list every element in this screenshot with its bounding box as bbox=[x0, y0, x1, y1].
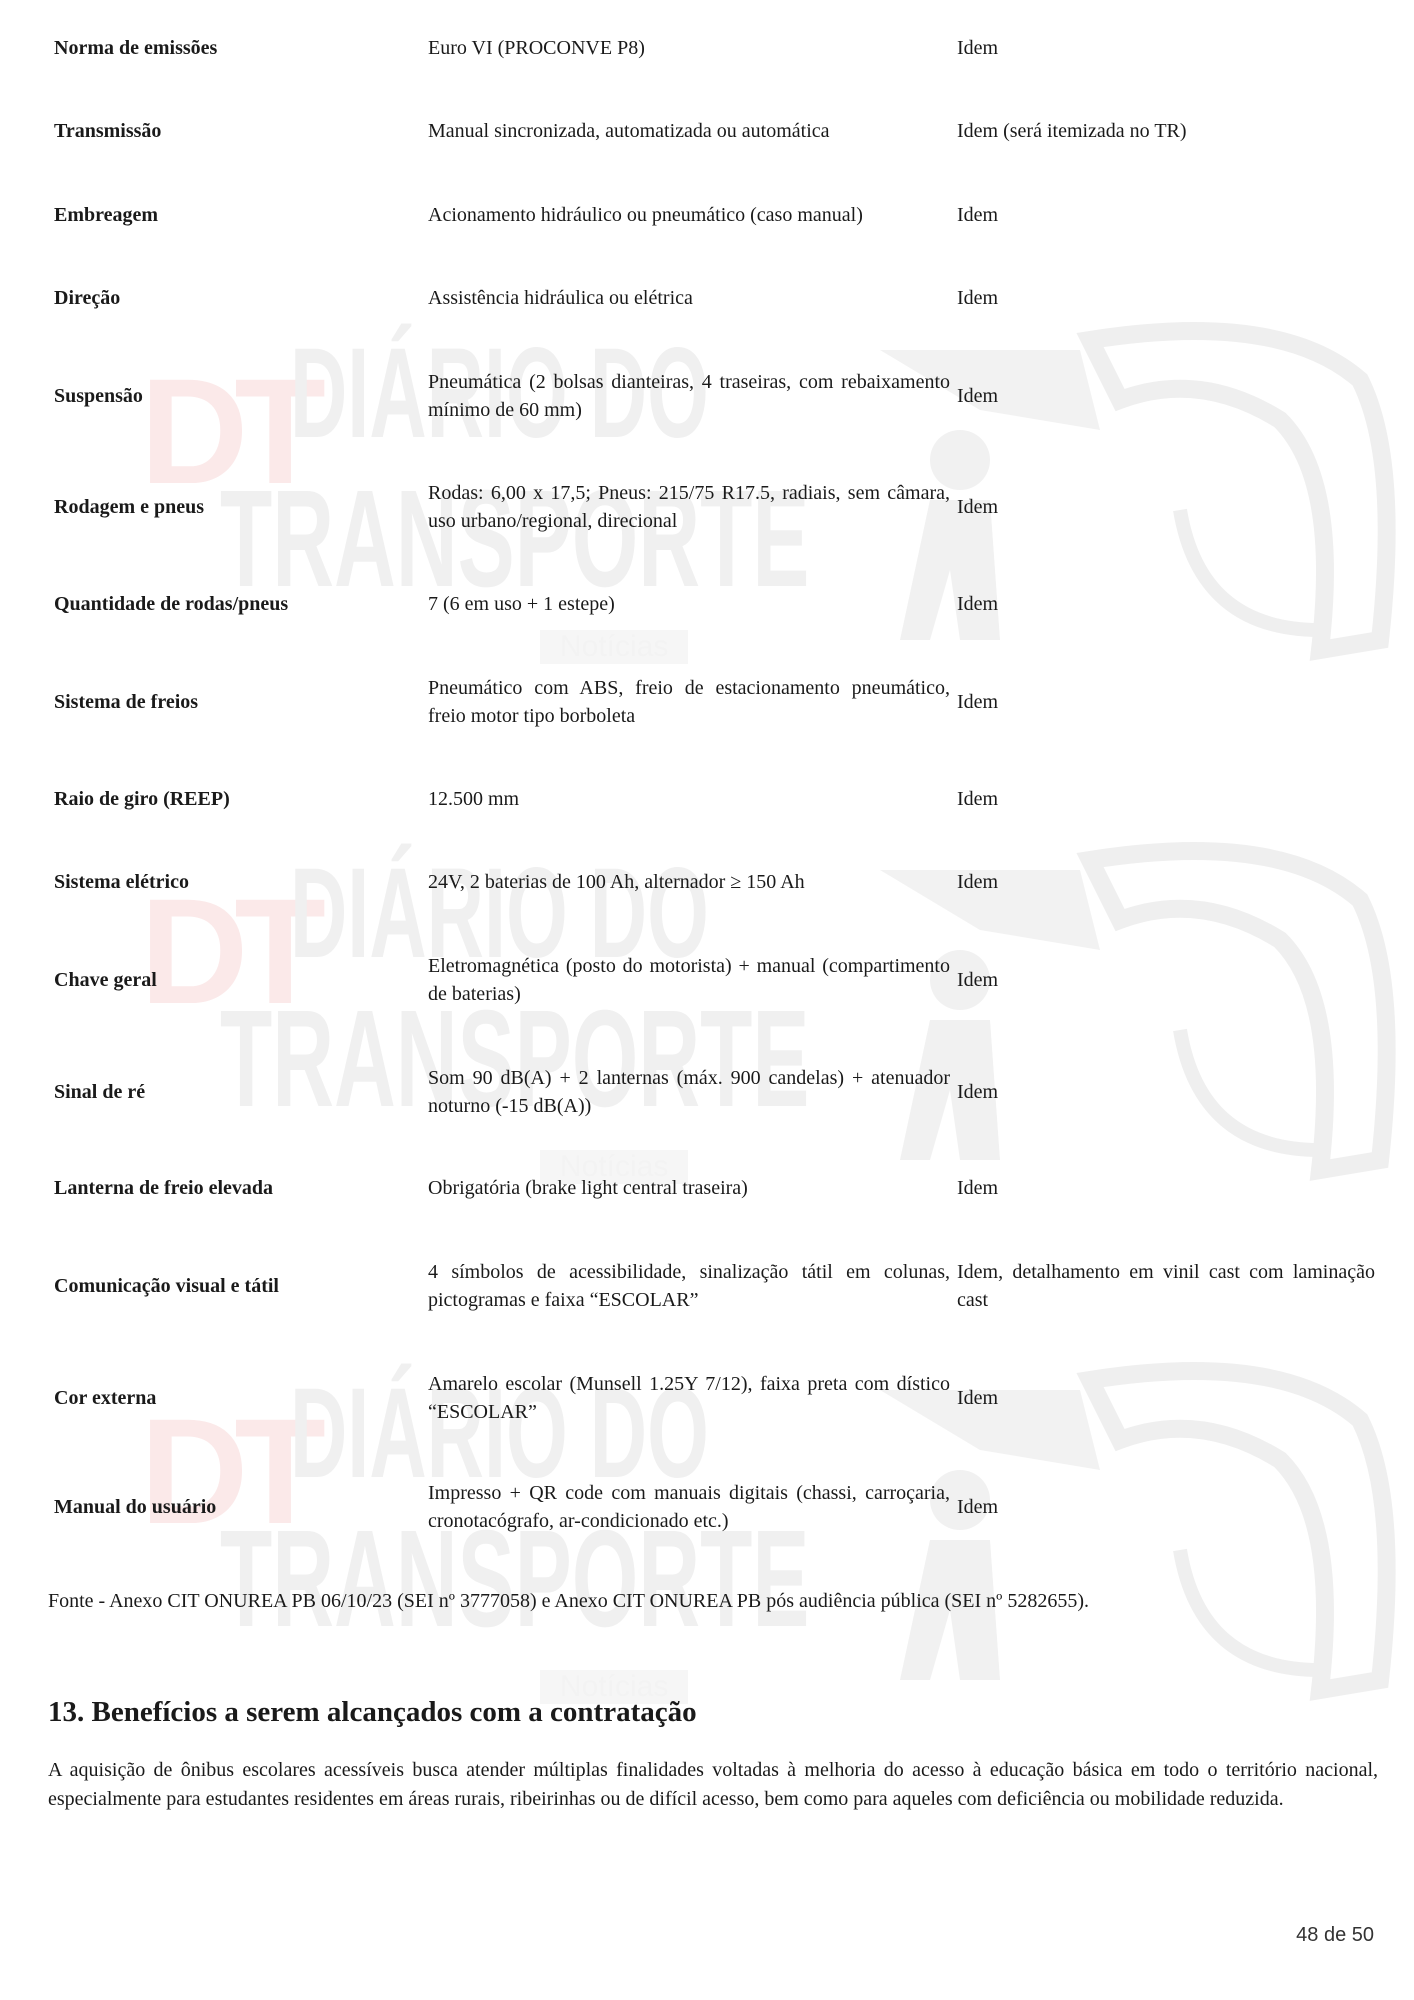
row-item: Sistema de freios bbox=[54, 688, 198, 716]
row-post-hearing: Idem bbox=[957, 868, 1375, 896]
row-spec: Acionamento hidráulico ou pneumático (ca… bbox=[428, 201, 950, 229]
row-item: Rodagem e pneus bbox=[54, 493, 204, 521]
row-post-hearing: Idem bbox=[957, 284, 1375, 312]
row-post-hearing: Idem bbox=[957, 1174, 1375, 1202]
row-spec: Som 90 dB(A) + 2 lanternas (máx. 900 can… bbox=[428, 1064, 950, 1120]
row-item: Suspensão bbox=[54, 382, 143, 410]
row-spec: 24V, 2 baterias de 100 Ah, alternador ≥ … bbox=[428, 868, 950, 896]
row-post-hearing: Idem, detalhamento em vinil cast com lam… bbox=[957, 1258, 1375, 1314]
section-heading: 13. Benefícios a serem alcançados com a … bbox=[48, 1696, 697, 1729]
row-spec: Pneumático com ABS, freio de estacioname… bbox=[428, 674, 950, 730]
row-item: Cor externa bbox=[54, 1384, 156, 1412]
row-item: Sinal de ré bbox=[54, 1078, 145, 1106]
row-spec: 12.500 mm bbox=[428, 785, 950, 813]
row-item: Quantidade de rodas/pneus bbox=[54, 590, 288, 618]
row-post-hearing: Idem bbox=[957, 785, 1375, 813]
row-spec: Euro VI (PROCONVE P8) bbox=[428, 34, 950, 62]
row-spec: Impresso + QR code com manuais digitais … bbox=[428, 1479, 950, 1535]
row-item: Transmissão bbox=[54, 117, 161, 145]
row-post-hearing: Idem bbox=[957, 688, 1375, 716]
row-post-hearing: Idem bbox=[957, 1493, 1375, 1521]
row-item: Embreagem bbox=[54, 201, 158, 229]
row-spec: 7 (6 em uso + 1 estepe) bbox=[428, 590, 950, 618]
row-spec: Rodas: 6,00 x 17,5; Pneus: 215/75 R17.5,… bbox=[428, 479, 950, 535]
row-post-hearing: Idem bbox=[957, 201, 1375, 229]
row-item: Comunicação visual e tátil bbox=[54, 1272, 279, 1300]
section-paragraph: A aquisição de ônibus escolares acessíve… bbox=[48, 1756, 1378, 1814]
row-post-hearing: Idem bbox=[957, 34, 1375, 62]
row-post-hearing: Idem bbox=[957, 590, 1375, 618]
row-spec: Amarelo escolar (Munsell 1.25Y 7/12), fa… bbox=[428, 1370, 950, 1426]
row-spec: Pneumática (2 bolsas dianteiras, 4 trase… bbox=[428, 368, 950, 424]
page-number: 48 de 50 bbox=[1296, 1924, 1374, 1947]
row-item: Chave geral bbox=[54, 966, 157, 994]
row-spec: 4 símbolos de acessibilidade, sinalizaçã… bbox=[428, 1258, 950, 1314]
row-post-hearing: Idem bbox=[957, 1078, 1375, 1106]
row-spec: Assistência hidráulica ou elétrica bbox=[428, 284, 950, 312]
row-post-hearing: Idem bbox=[957, 493, 1375, 521]
row-post-hearing: Idem bbox=[957, 1384, 1375, 1412]
row-item: Direção bbox=[54, 284, 120, 312]
row-post-hearing: Idem bbox=[957, 382, 1375, 410]
row-item: Lanterna de freio elevada bbox=[54, 1174, 273, 1202]
row-spec: Eletromagnética (posto do motorista) + m… bbox=[428, 952, 950, 1008]
row-item: Manual do usuário bbox=[54, 1493, 216, 1521]
row-spec: Manual sincronizada, automatizada ou aut… bbox=[428, 117, 950, 145]
source-note: Fonte - Anexo CIT ONUREA PB 06/10/23 (SE… bbox=[48, 1590, 1089, 1613]
row-post-hearing: Idem bbox=[957, 966, 1375, 994]
row-item: Sistema elétrico bbox=[54, 868, 189, 896]
row-item: Norma de emissões bbox=[54, 34, 217, 62]
watermark-tagline: Notícias bbox=[540, 630, 688, 664]
row-item: Raio de giro (REEP) bbox=[54, 785, 230, 813]
watermark-initials: DT bbox=[140, 1385, 312, 1558]
row-post-hearing: Idem (será itemizada no TR) bbox=[957, 117, 1375, 145]
row-spec: Obrigatória (brake light central traseir… bbox=[428, 1174, 950, 1202]
